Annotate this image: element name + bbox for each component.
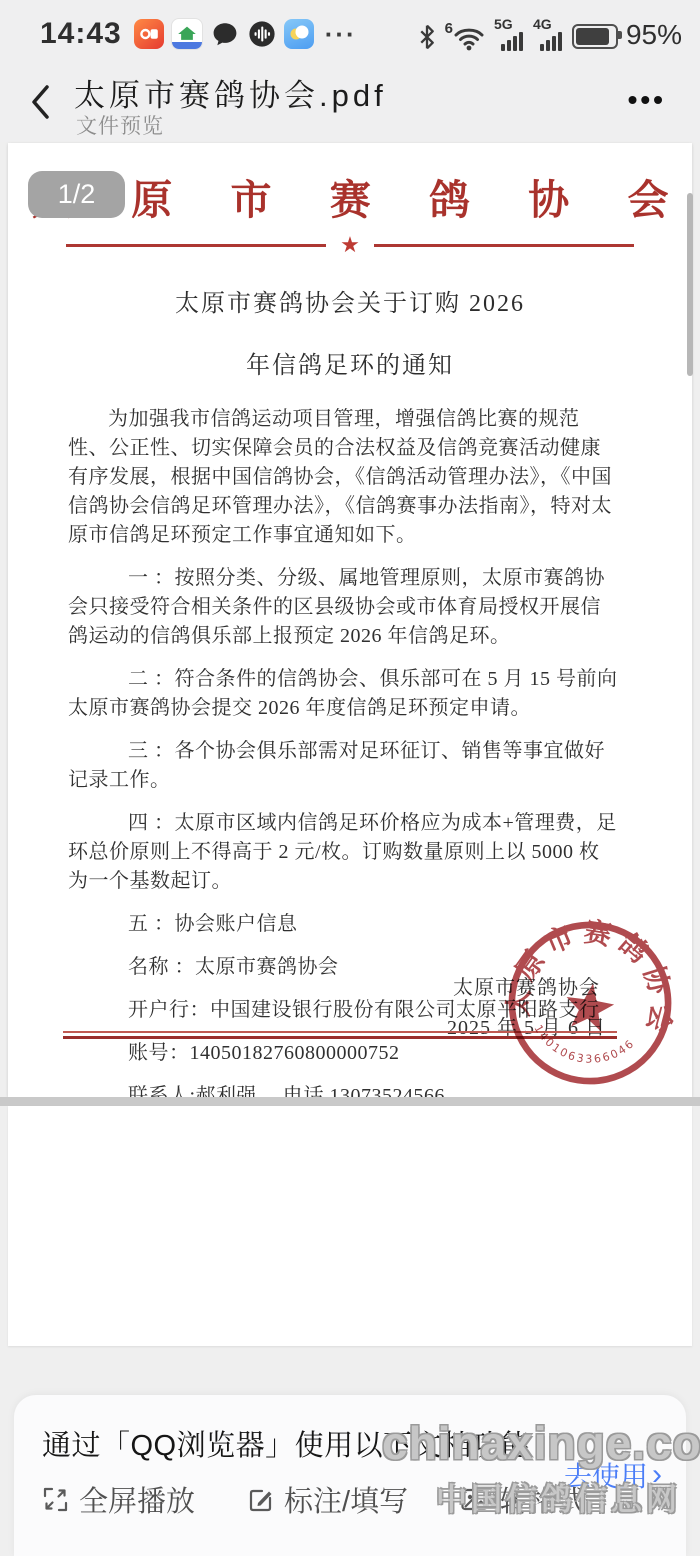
letterhead-rule: ★ [66,234,634,256]
chat-bubble-icon [210,19,240,49]
pdf-page-1: 1/2 太 原 市 赛 鸽 协 会 ★ 太原市赛鸽协会关于订购 2026 年信鸽… [8,143,692,1097]
battery-icon [572,24,618,49]
signal-4g-icon: 4G [533,17,562,51]
status-indicators: 6 5G 4G 95% [419,17,682,51]
file-preview-header: 太原市赛鸽协会.pdf 文件预览 ••• [0,62,700,142]
doc-paragraph: 一 ：按照分类、分级、属地管理原则，太原市赛鸽协会只接受符合相关条件的区县级协会… [68,564,620,651]
doc-subject-line2: 年信鸽足环的通知 [8,345,692,380]
annotate-fill-button[interactable]: 标注/填写 [247,1479,408,1520]
more-menu-button[interactable]: ••• [628,84,666,116]
file-title: 太原市赛鸽协会.pdf [74,70,387,115]
fullscreen-play-button[interactable]: 全屏播放 [42,1479,195,1520]
weather-app-icon [284,19,314,49]
wifi6-label: 6 [445,20,453,37]
notification-icons: ··· [134,18,357,50]
wifi-icon: 6 [445,20,484,51]
annotate-icon [247,1486,274,1513]
convert-format-button[interactable]: 转格式 [460,1479,586,1520]
bluetooth-icon [419,25,435,49]
camera-app-icon [134,19,164,49]
doc-paragraph: 二 ：符合条件的信鸽协会、俱乐部可在 5 月 15 号前向太原市赛鸽协会提交 2… [68,665,620,723]
fullscreen-icon [42,1486,69,1513]
home-app-banner [172,42,202,49]
status-bar: 14:43 ··· 6 5G 4G [0,0,700,62]
qq-browser-tool-card: 通过「QQ浏览器」使用以下文档功能 去使用 › 全屏播放 标注/填写 转格式 [14,1395,686,1556]
clock: 14:43 [40,17,122,51]
doc-paragraph: 四 ：太原市区域内信鸽足环价格应为成本+管理费，足环总价原则上不得高于 2 元/… [68,809,620,896]
image-icon [460,1486,489,1513]
page-number-badge: 1/2 [28,171,125,218]
star-icon: ★ [340,234,360,256]
signal-5g-icon: 5G [494,17,523,51]
file-subtitle: 文件预览 [76,110,164,140]
voice-recorder-icon [247,19,277,49]
page-divider [0,1097,700,1106]
tool-card-title: 通过「QQ浏览器」使用以下文档功能 [42,1423,531,1464]
home-app-icon [171,18,203,50]
battery-percent: 95% [626,19,682,51]
back-button[interactable] [20,78,60,126]
pdf-page-2 [8,1106,692,1346]
doc-paragraph: 三 ：各个协会俱乐部需对足环征订、销售等事宜做好记录工作。 [68,737,620,795]
doc-paragraph: 为加强我市信鸽运动项目管理，增强信鸽比赛的规范性、公正性、切实保障会员的合法权益… [68,405,620,550]
chevron-right-icon: › [652,1458,662,1492]
chevron-left-icon [29,83,51,121]
more-notifications-icon: ··· [325,19,357,50]
tool-actions: 全屏播放 标注/填写 转格式 [42,1479,586,1520]
seal-star-icon [562,980,617,1033]
doc-subject-line1: 太原市赛鸽协会关于订购 2026 [8,283,692,318]
official-seal: 太原市赛鸽协会 1401063366046 [489,902,690,1103]
scrollbar-thumb[interactable] [687,193,693,376]
